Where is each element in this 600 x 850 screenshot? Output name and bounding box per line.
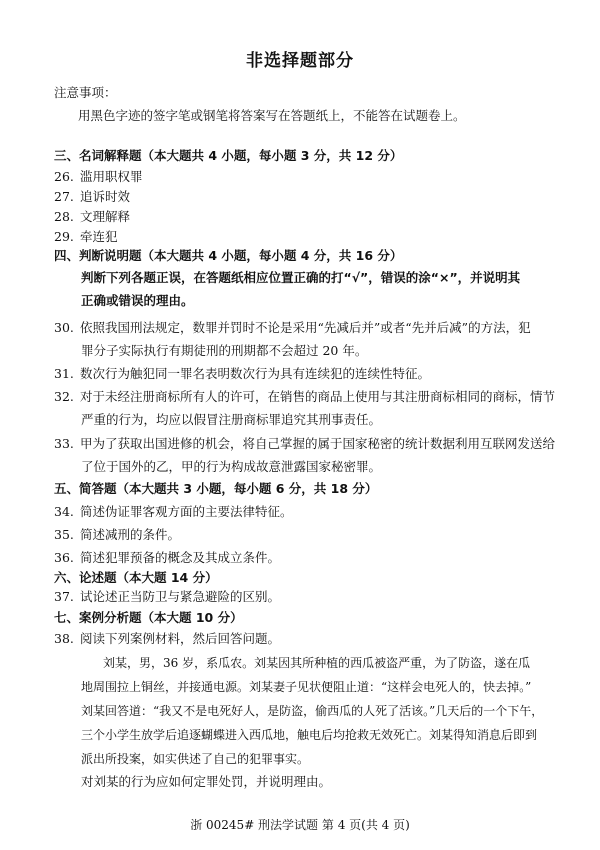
question-32-continued: 严重的行为，均应以假冒注册商标罪追究其刑事责任。 — [81, 410, 381, 428]
question-text: 甲为了获取出国进修的机会，将自己掌握的属于国家秘密的统计数据利用互联网发送给 — [80, 436, 555, 451]
question-30: 30.依照我国刑法规定，数罪并罚时不论是采用“先减后并”或者“先并后减”的方法，… — [54, 318, 531, 336]
question-27: 27.追诉时效 — [54, 187, 130, 205]
question-number: 38. — [54, 631, 80, 646]
question-text: 数次行为触犯同一罪名表明数次行为具有连续犯的连续性特征。 — [80, 366, 430, 381]
question-number: 30. — [54, 320, 80, 335]
question-text: 阅读下列案例材料，然后回答问题。 — [80, 631, 280, 646]
case-text-line: 派出所投案，如实供述了自己的犯罪事实。 — [81, 750, 309, 767]
question-29: 29.牵连犯 — [54, 227, 118, 245]
question-text: 简述减刑的条件。 — [80, 527, 180, 542]
case-text-line: 刘某，男，36 岁，系瓜农。刘某因其所种植的西瓜被盗严重，为了防盗，遂在瓜 — [103, 654, 530, 671]
section-instruction: 正确或错误的理由。 — [81, 291, 194, 309]
question-38: 38.阅读下列案例材料，然后回答问题。 — [54, 629, 280, 647]
notice-text: 用黑色字迹的签字笔或钢笔将答案写在答题纸上，不能答在试题卷上。 — [78, 106, 466, 124]
question-26: 26.滥用职权罪 — [54, 167, 143, 185]
case-text-line: 地周围拉上铜丝，并接通电源。刘某妻子见状便阻止道：“这样会电死人的，快去掉。” — [81, 678, 531, 695]
question-32: 32.对于未经注册商标所有人的许可，在销售的商品上使用与其注册商标相同的商标，情… — [54, 387, 555, 405]
question-34: 34.简述伪证罪客观方面的主要法律特征。 — [54, 502, 293, 520]
question-text: 简述犯罪预备的概念及其成立条件。 — [80, 550, 280, 565]
section-heading-7: 七、案例分析题（本大题 10 分） — [54, 608, 243, 626]
question-36: 36.简述犯罪预备的概念及其成立条件。 — [54, 548, 280, 566]
page-title: 非选择题部分 — [0, 46, 600, 71]
question-text: 滥用职权罪 — [80, 169, 143, 184]
case-text-line: 三个小学生放学后追逐蝴蝶进入西瓜地，触电后均抢救无效死亡。刘某得知消息后即到 — [81, 726, 537, 743]
question-text: 简述伪证罪客观方面的主要法律特征。 — [80, 504, 293, 519]
question-28: 28.文理解释 — [54, 207, 130, 225]
question-number: 28. — [54, 209, 80, 224]
question-text: 牵连犯 — [80, 229, 118, 244]
question-number: 32. — [54, 389, 80, 404]
question-35: 35.简述减刑的条件。 — [54, 525, 180, 543]
question-number: 26. — [54, 169, 80, 184]
question-text: 文理解释 — [80, 209, 130, 224]
case-text-line: 刘某回答道：“我又不是电死好人，是防盗，偷西瓜的人死了活该。”几天后的一个下午， — [81, 702, 543, 719]
exam-page: 非选择题部分 注意事项： 用黑色字迹的签字笔或钢笔将答案写在答题纸上，不能答在试… — [0, 0, 600, 850]
section-heading-5: 五、简答题（本大题共 3 小题，每小题 6 分，共 18 分） — [54, 479, 377, 497]
page-footer: 浙 00245# 刑法学试题 第 4 页(共 4 页) — [0, 816, 600, 833]
question-number: 29. — [54, 229, 80, 244]
question-number: 37. — [54, 589, 80, 604]
question-33: 33.甲为了获取出国进修的机会，将自己掌握的属于国家秘密的统计数据利用互联网发送… — [54, 434, 555, 452]
question-text: 试论述正当防卫与紧急避险的区别。 — [80, 589, 280, 604]
question-33-continued: 了位于国外的乙，甲的行为构成故意泄露国家秘密罪。 — [81, 457, 381, 475]
question-number: 34. — [54, 504, 80, 519]
question-text: 依照我国刑法规定，数罪并罚时不论是采用“先减后并”或者“先并后减”的方法，犯 — [80, 320, 531, 335]
notice-label: 注意事项： — [54, 83, 117, 101]
section-heading-3: 三、名词解释题（本大题共 4 小题，每小题 3 分，共 12 分） — [54, 146, 402, 164]
question-number: 31. — [54, 366, 80, 381]
question-text: 对于未经注册商标所有人的许可，在销售的商品上使用与其注册商标相同的商标，情节 — [80, 389, 555, 404]
section-instruction: 判断下列各题正误，在答题纸相应位置正确的打“√”，错误的涂“×”，并说明其 — [81, 268, 520, 286]
question-30-continued: 罪分子实际执行有期徒刑的刑期都不会超过 20 年。 — [81, 341, 367, 359]
question-37: 37.试论述正当防卫与紧急避险的区别。 — [54, 587, 280, 605]
question-number: 36. — [54, 550, 80, 565]
section-heading-6: 六、论述题（本大题 14 分） — [54, 568, 218, 586]
question-number: 27. — [54, 189, 80, 204]
question-31: 31.数次行为触犯同一罪名表明数次行为具有连续犯的连续性特征。 — [54, 364, 430, 382]
case-question: 对刘某的行为应如何定罪处罚，并说明理由。 — [81, 772, 331, 790]
question-text: 追诉时效 — [80, 189, 130, 204]
question-number: 35. — [54, 527, 80, 542]
section-heading-4: 四、判断说明题（本大题共 4 小题，每小题 4 分，共 16 分） — [54, 246, 402, 264]
question-number: 33. — [54, 436, 80, 451]
